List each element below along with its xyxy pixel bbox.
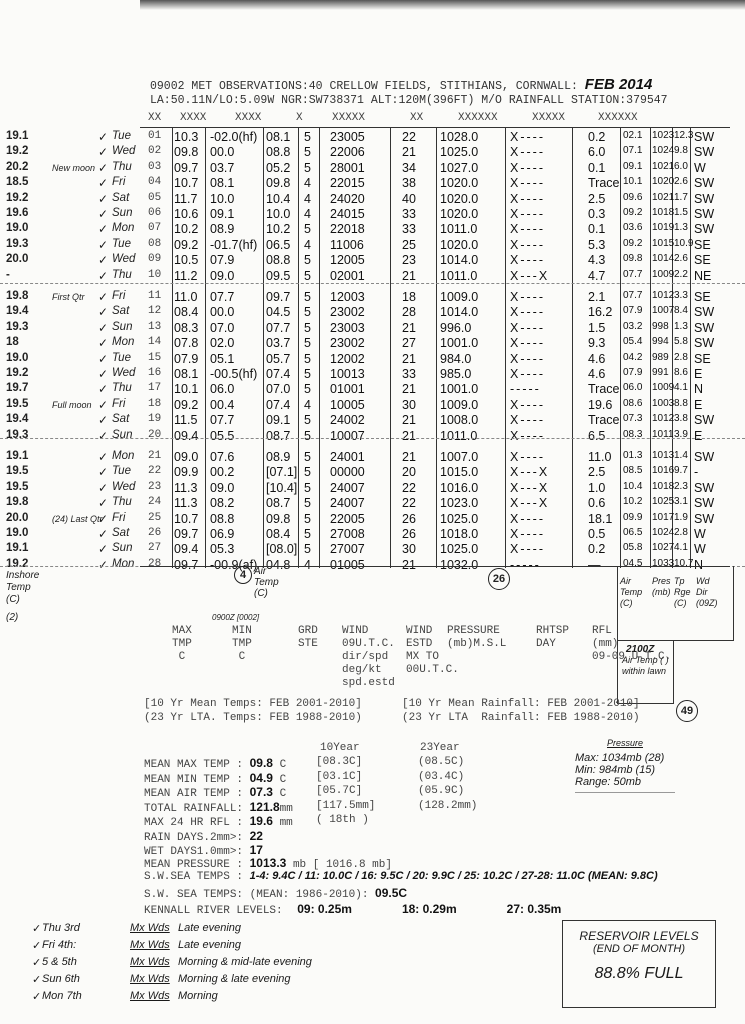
day-name: Wed: [112, 367, 135, 379]
cell-wd: SE: [694, 238, 711, 252]
cell-tr: 2.8: [674, 527, 688, 538]
cell-grd: 5: [304, 542, 311, 556]
check-icon: ✓: [32, 939, 41, 952]
sea-temp: 19.5: [6, 398, 28, 410]
twentythree-year-value: (05.9C): [418, 785, 464, 797]
code: 09002: [150, 80, 185, 93]
check-icon: ✓: [98, 336, 108, 350]
day-number: 16: [148, 367, 161, 379]
check-icon: ✓: [32, 990, 41, 1003]
cell-min: 05.1: [210, 352, 234, 366]
cell-wind: 00000: [330, 465, 365, 479]
cell-rfl: 4.6: [588, 367, 605, 381]
day-name: Sun: [112, 542, 132, 554]
cell-pres: 984.0: [440, 352, 471, 366]
cell-gust: 33: [402, 222, 416, 236]
cell-wind: 22018: [330, 222, 365, 236]
cell-wd: SE: [694, 290, 711, 304]
day-number: 12: [148, 305, 161, 317]
cell-rfl: —: [588, 558, 601, 572]
cell-rfl: 0.2: [588, 542, 605, 556]
cell-wind: 10007: [330, 429, 365, 443]
cell-wd: SW: [694, 192, 714, 206]
cell-tr: 6.0: [674, 161, 688, 172]
cell-pres: 1011.0: [440, 222, 477, 236]
cell-rfl: 1.5: [588, 321, 605, 335]
cell-air: [08.0]: [266, 542, 297, 556]
column-divider: [172, 128, 173, 568]
note-type: Mx Wds: [130, 990, 170, 1002]
pressure-min: Min: 984mb (15): [575, 764, 675, 776]
sea-temp: 19.2: [6, 145, 28, 157]
cell-at: 09.2: [623, 238, 642, 249]
cell-min: 08.2: [210, 496, 234, 510]
cell-rhtsp: X----: [510, 413, 545, 427]
cell-wind: 24001: [330, 450, 365, 464]
check-icon: ✓: [98, 321, 108, 335]
cell-at: 02.1: [623, 130, 642, 141]
sea-temp: 19.0: [6, 222, 28, 234]
cell-air: 08.7: [266, 429, 290, 443]
sea-temp: 20.2: [6, 161, 28, 173]
day-name: Sun: [112, 321, 132, 333]
cell-wd: SW: [694, 222, 714, 236]
cell-wind: 23005: [330, 130, 365, 144]
check-icon: ✓: [98, 176, 108, 190]
day-number: 21: [148, 450, 161, 462]
cell-wind: 24007: [330, 496, 365, 510]
note-when: Late evening: [178, 939, 241, 951]
day-name: Mon: [112, 336, 134, 348]
cell-wd: SW: [694, 450, 714, 464]
mean-temps-23yr: (23 Yr LTA. Temps: FEB 1988-2010): [144, 712, 362, 724]
note-day: Mon 7th: [42, 990, 82, 1002]
cell-p: 1025: [652, 496, 674, 507]
cell-at: 07.1: [623, 145, 642, 156]
sea-temp: 19.3: [6, 321, 28, 333]
cell-wd: NE: [694, 269, 711, 283]
cell-min: 02.0: [210, 336, 234, 350]
cell-min: 07.9: [210, 253, 234, 267]
cell-at: 04.2: [623, 352, 642, 363]
sea-temp: 19.4: [6, 305, 28, 317]
day-number: 07: [148, 222, 161, 234]
cell-wd: W: [694, 527, 706, 541]
day-number: 10: [148, 269, 161, 281]
cell-gust: 30: [402, 542, 416, 556]
day-number: 24: [148, 496, 161, 508]
cell-air: 08.8: [266, 253, 290, 267]
cell-at: 05.4: [623, 336, 642, 347]
cell-rfl: 2.1: [588, 290, 605, 304]
cell-p: 1019: [652, 222, 674, 233]
cell-gust: 21: [402, 382, 416, 396]
cell-grd: 5: [304, 290, 311, 304]
cell-wind: 12003: [330, 290, 365, 304]
cell-gust: 33: [402, 367, 416, 381]
day-number: 22: [148, 465, 161, 477]
cell-pres: 1028.0: [440, 130, 478, 144]
check-icon: ✓: [98, 429, 108, 443]
column-divider: [690, 128, 691, 568]
sea-temp: 19.0: [6, 527, 28, 539]
cell-pres: 1020.0: [440, 207, 478, 221]
cell-at: 01.3: [623, 450, 642, 461]
cell-tr: 8.6: [674, 367, 688, 378]
cell-gust: 23: [402, 253, 416, 267]
cell-wd: SW: [694, 176, 714, 190]
day-number: 14: [148, 336, 161, 348]
sea-temp: 20.0: [6, 253, 28, 265]
summary-row: TOTAL RAINFALL: 121.8mm: [144, 800, 293, 815]
cell-pres: 1020.0: [440, 176, 478, 190]
cell-wd: SW: [694, 481, 714, 495]
cell-rhtsp: X----: [510, 367, 545, 381]
cell-at: 10.2: [623, 496, 642, 507]
cell-gust: 27: [402, 336, 416, 350]
day-name: Wed: [112, 253, 135, 265]
cell-tr: 9.8: [674, 145, 688, 156]
cell-air: 08.1: [266, 130, 290, 144]
cell-tr: 4.1: [674, 382, 688, 393]
mean-temps-10yr: [10 Yr Mean Temps: FEB 2001-2010]: [144, 698, 362, 710]
pressure-max: Max: 1034mb (28): [575, 752, 675, 764]
note-day: Thu 3rd: [42, 922, 80, 934]
cell-gust: 34: [402, 161, 416, 175]
cell-gust: 26: [402, 512, 416, 526]
cell-rhtsp: X----: [510, 290, 545, 304]
cell-rhtsp: X----: [510, 305, 545, 319]
cell-pres: 1009.0: [440, 398, 478, 412]
note-type: Mx Wds: [130, 939, 170, 951]
cell-air: 08.7: [266, 496, 290, 510]
column-divider: [572, 128, 573, 568]
cell-p: 1015: [652, 238, 674, 249]
cell-rfl: 2.5: [588, 465, 605, 479]
day-number: 25: [148, 512, 161, 524]
cell-wd: W: [694, 542, 706, 556]
check-icon: ✓: [98, 192, 108, 206]
column-code: XXXXXX: [598, 112, 638, 124]
mean-pressure-row: MEAN PRESSURE : 1013.3 mb [ 1016.8 mb]: [144, 856, 392, 871]
cell-max: 09.4: [174, 429, 198, 443]
sea-temp: 19.1: [6, 450, 28, 462]
cell-min: 07.7: [210, 290, 234, 304]
cell-air: 07.4: [266, 398, 290, 412]
cell-pres: 1032.0: [440, 558, 478, 572]
cell-min: 08.9: [210, 222, 234, 236]
twentythree-year-value: (128.2mm): [418, 800, 477, 812]
cell-gust: 21: [402, 413, 416, 427]
cell-gust: 20: [402, 465, 416, 479]
cell-max: 09.9: [174, 465, 198, 479]
day-name: Wed: [112, 145, 135, 157]
summary-value: 07.3: [250, 785, 273, 799]
cell-rfl: 5.3: [588, 238, 605, 252]
cell-at: 09.6: [623, 192, 642, 203]
check-icon: ✓: [98, 398, 108, 412]
cell-tr: 8.4: [674, 305, 688, 316]
reservoir-box: RESERVOIR LEVELS (END OF MONTH) 88.8% FU…: [562, 920, 716, 1008]
day-name: Sat: [112, 413, 129, 425]
day-number: 28: [148, 558, 161, 570]
cell-tr: 1.3: [674, 321, 688, 332]
cell-pres: 1009.0: [440, 290, 478, 304]
cell-max: 11.2: [174, 269, 197, 283]
cell-rhtsp: X----: [510, 161, 545, 175]
col-10year: 10Year: [320, 742, 360, 754]
cell-max: 11.3: [174, 496, 197, 510]
min-note: 0900Z [0002]: [212, 613, 259, 622]
cell-rhtsp: X----: [510, 527, 545, 541]
column-divider: [436, 128, 437, 568]
cell-grd: 4: [304, 558, 311, 572]
cell-pres: 1016.0: [440, 481, 478, 495]
cell-pres: 1018.0: [440, 527, 478, 541]
cell-tr: 3.8: [674, 413, 688, 424]
cell-rfl: Trace: [588, 176, 620, 190]
cell-rhtsp: X----: [510, 336, 545, 350]
note-when: Morning & late evening: [178, 973, 291, 985]
day-number: 04: [148, 176, 161, 188]
legend-max: MAX TMP C: [172, 625, 192, 664]
cell-tr: 5.8: [674, 336, 688, 347]
cell-at: 08.5: [623, 465, 642, 476]
day-number: 09: [148, 253, 161, 265]
cell-p: 1021: [652, 161, 674, 172]
day-number: 05: [148, 192, 161, 204]
cell-at: 08.6: [623, 398, 642, 409]
cell-air: 05.7: [266, 352, 290, 366]
cell-tr: 3.3: [674, 290, 688, 301]
cell-rfl: 2.5: [588, 192, 605, 206]
cell-min: 00.0: [210, 145, 234, 159]
cell-rfl: 4.7: [588, 269, 605, 283]
cell-wind: 28001: [330, 161, 365, 175]
cell-p: 1018: [652, 481, 674, 492]
cell-max: 11.5: [174, 413, 197, 427]
cell-tr: 1.7: [674, 192, 688, 203]
cell-min: 06.9: [210, 527, 234, 541]
twentythree-year-value: (03.4C): [418, 771, 464, 783]
cell-wind: 23002: [330, 305, 365, 319]
check-icon: ✓: [98, 161, 108, 175]
cell-pres: 1020.0: [440, 192, 478, 206]
cell-rfl: 16.2: [588, 305, 612, 319]
ten-year-value: [03.1C]: [316, 771, 362, 783]
cell-rfl: 11.0: [588, 450, 611, 464]
cell-pres: 1014.0: [440, 253, 478, 267]
air-temp-count-circle: 4: [234, 566, 252, 584]
cell-wind: 22005: [330, 512, 365, 526]
cell-at: 09.1: [623, 161, 642, 172]
reservoir-title: RESERVOIR LEVELS: [563, 929, 715, 943]
cell-wind: 23002: [330, 336, 365, 350]
cell-wd: SW: [694, 413, 714, 427]
column-divider: [205, 128, 206, 568]
cell-grd: 5: [304, 382, 311, 396]
river-levels-row: KENNALL RIVER LEVELS: 09: 0.25m18: 0.29m…: [144, 902, 561, 917]
cell-rfl: 6.0: [588, 145, 605, 159]
summary-row: MEAN AIR TEMP : 07.3 C: [144, 785, 286, 800]
cell-gust: 18: [402, 290, 416, 304]
cell-grd: 4: [304, 192, 311, 206]
cell-gust: 38: [402, 176, 416, 190]
cell-max: 07.8: [174, 336, 198, 350]
ten-year-value: [08.3C]: [316, 756, 362, 768]
check-icon: ✓: [98, 496, 108, 510]
cell-min: 08.8: [210, 512, 234, 526]
sea-temp: 19.0: [6, 352, 28, 364]
column-divider: [620, 128, 621, 568]
note-day: 5 & 5th: [42, 956, 77, 968]
cell-gust: 22: [402, 481, 416, 495]
sea-temp: 19.8: [6, 496, 28, 508]
ten-year-value: [05.7C]: [316, 785, 362, 797]
day-number: 06: [148, 207, 161, 219]
cell-max: 10.6: [174, 207, 198, 221]
cell-wind: 11006: [330, 238, 364, 252]
note-type: Mx Wds: [130, 956, 170, 968]
cell-grd: 5: [304, 336, 311, 350]
cell-min: -00.5(hf): [210, 367, 257, 381]
cell-pres: 1008.0: [440, 413, 478, 427]
summary-row: RAIN DAYS.2mm>: 22: [144, 829, 263, 844]
sea-temp: 19.6: [6, 207, 28, 219]
legend-pressure: PRESSURE (mb)M.S.L: [447, 625, 506, 651]
cell-gust: 30: [402, 398, 416, 412]
cell-at: 07.7: [623, 290, 642, 301]
day-number: 11: [148, 290, 161, 302]
check-icon: ✓: [98, 558, 108, 572]
cell-max: 08.1: [174, 367, 198, 381]
day-name: Tue: [112, 465, 131, 477]
cell-rfl: 4.3: [588, 253, 605, 267]
reservoir-subtitle: (END OF MONTH): [563, 943, 715, 955]
cell-pres: 1014.0: [440, 305, 478, 319]
cell-wd: -: [694, 465, 698, 479]
cell-pres: 1023.0: [440, 496, 478, 510]
legend-grd: GRD STE: [298, 625, 318, 651]
summary-row: MEAN MIN TEMP : 04.9 C: [144, 771, 286, 786]
check-icon: ✓: [98, 367, 108, 381]
cell-air: 07.7: [266, 321, 290, 335]
cell-grd: 5: [304, 145, 311, 159]
day-number: 01: [148, 130, 161, 142]
column-code: XXXX: [235, 112, 261, 124]
day-number: 02: [148, 145, 161, 157]
cell-grd: 5: [304, 222, 311, 236]
cell-gust: 21: [402, 321, 416, 335]
cell-tr: 2.8: [674, 352, 688, 363]
day-number: 23: [148, 481, 161, 493]
cell-max: 10.7: [174, 176, 198, 190]
day-name: Thu: [112, 496, 132, 508]
cell-gust: 21: [402, 269, 416, 283]
day-name: Wed: [112, 481, 135, 493]
cell-rfl: 0.2: [588, 130, 605, 144]
cell-max: 09.0: [174, 450, 198, 464]
cell-rhtsp: X----: [510, 253, 545, 267]
cell-p: 1009: [652, 382, 674, 393]
cell-max: 10.5: [174, 253, 198, 267]
cell-pres: 1011.0: [440, 269, 477, 283]
cell-rhtsp: X----: [510, 207, 545, 221]
cell-grd: 4: [304, 398, 311, 412]
cell-at: 07.9: [623, 305, 642, 316]
cell-wind: 24002: [330, 413, 365, 427]
section-divider: [0, 283, 745, 284]
cell-rfl: 1.0: [588, 481, 605, 495]
column-divider: [650, 128, 651, 568]
cell-tr: 1.9: [674, 512, 688, 523]
column-code: XXXX: [180, 112, 206, 124]
cell-rfl: 19.6: [588, 398, 612, 412]
col-23year: 23Year: [420, 742, 460, 754]
cell-wind: 22015: [330, 176, 365, 190]
cell-max: 08.4: [174, 305, 198, 319]
cell-wind: 27008: [330, 527, 365, 541]
cell-grd: 5: [304, 130, 311, 144]
cell-rhtsp: X----: [510, 145, 545, 159]
day-number: 17: [148, 382, 161, 394]
check-icon: ✓: [98, 450, 108, 464]
day-number: 26: [148, 527, 161, 539]
sea-temp: 19.2: [6, 367, 28, 379]
column-code: XXXXX: [532, 112, 565, 124]
day-name: Sat: [112, 305, 129, 317]
ten-year-value: ( 18th ): [316, 814, 369, 826]
cell-air: 06.5: [266, 238, 290, 252]
cell-rfl: 0.1: [588, 161, 605, 175]
cell-p: 1017: [652, 512, 674, 523]
cell-max: 09.4: [174, 542, 198, 556]
moon-note: First Qtr: [52, 292, 85, 302]
cell-wind: 01005: [330, 558, 365, 572]
sea-temp: 19.7: [6, 382, 28, 394]
cell-rhtsp: X----: [510, 512, 545, 526]
cell-grd: 5: [304, 352, 311, 366]
cell-gust: 22: [402, 130, 416, 144]
cell-rfl: Trace: [588, 413, 620, 427]
cell-at: 09.8: [623, 253, 642, 264]
ten-year-value: [117.5mm]: [316, 800, 375, 812]
sea-temp: 19.3: [6, 238, 28, 250]
cell-tr: 1.4: [674, 450, 688, 461]
cell-at: 05.8: [623, 542, 642, 553]
sea-temp: 19.1: [6, 130, 28, 142]
scan-shadow: [140, 0, 745, 10]
cell-gust: 21: [402, 558, 416, 572]
cell-max: 10.7: [174, 512, 198, 526]
sea-temp: 19.5: [6, 481, 28, 493]
cell-gust: 26: [402, 527, 416, 541]
cell-pres: 1020.0: [440, 238, 478, 252]
cell-wd: E: [694, 398, 702, 412]
cell-rfl: Trace: [588, 382, 620, 396]
cell-max: 09.2: [174, 238, 198, 252]
cell-rhtsp: X----: [510, 398, 545, 412]
cell-rhtsp: X----: [510, 450, 545, 464]
cell-max: 10.3: [174, 130, 198, 144]
sea-temp: 19.4: [6, 413, 28, 425]
cell-rhtsp: X----: [510, 130, 545, 144]
cell-wind: 10013: [330, 367, 365, 381]
cell-p: 1003: [652, 398, 674, 409]
table-top-rule: [140, 127, 730, 128]
cell-gust: 21: [402, 450, 416, 464]
check-icon: ✓: [98, 253, 108, 267]
